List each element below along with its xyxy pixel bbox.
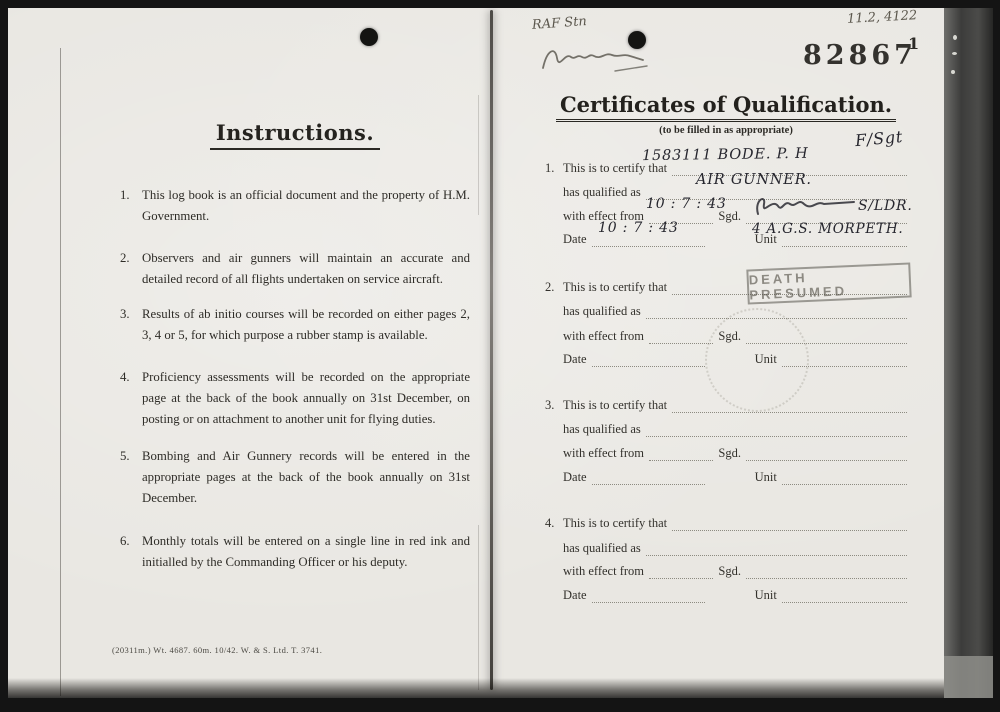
item-text: Proficiency assessments will be recorded… [142, 367, 470, 430]
cert-number: 1. [545, 161, 563, 176]
instruction-item-4: 4. Proficiency assessments will be recor… [120, 367, 470, 430]
item-text: Bombing and Air Gunnery records will be … [142, 446, 470, 509]
photo-frame-right [993, 0, 1000, 712]
punch-hole-icon [360, 28, 378, 46]
item-number: 3. [120, 304, 142, 346]
instructions-title-text: Instructions. [210, 120, 380, 150]
fill-line [782, 467, 907, 485]
cert1-effect-date-entry: 10 : 7 : 43 [646, 196, 727, 212]
cert-number: 4. [545, 516, 563, 531]
qualified-label: has qualified as [563, 185, 646, 200]
cert1-date-entry: 10 : 7 : 43 [598, 220, 679, 236]
effect-label: with effect from [563, 446, 649, 461]
date-label: Date [563, 588, 592, 603]
item-text: Monthly totals will be entered on a sing… [142, 531, 470, 573]
photo-frame-left [0, 0, 8, 712]
item-number: 1. [120, 185, 142, 227]
fill-line [592, 467, 705, 485]
cert-number: 2. [545, 280, 563, 295]
serial-number-stamp: 82867 [803, 40, 917, 71]
photo-frame-bottom [0, 698, 1000, 712]
instruction-item-5: 5. Bombing and Air Gunnery records will … [120, 446, 470, 509]
cert1-sgd-rank-entry: S/LDR. [858, 198, 913, 214]
page-fold-crease [60, 48, 61, 696]
pencil-reference-number: 11.2, 4122 [847, 8, 918, 27]
certificates-title-text: Certificates of Qualification. [556, 92, 896, 122]
cert4-certify-row: 4. This is to certify that [545, 514, 907, 531]
certificates-subtitle: (to be filled in as appropriate) [545, 125, 907, 136]
certify-label: This is to certify that [563, 398, 672, 413]
photo-frame-top [0, 0, 1000, 8]
cert4-effect-row: with effect from Sgd. [563, 562, 907, 579]
page-number: 1 [908, 34, 919, 53]
book-binding [490, 10, 493, 690]
unit-label: Unit [755, 470, 782, 485]
cert1-name-entry: 1583111 BODE. P. H [642, 146, 809, 164]
date-label: Date [563, 232, 592, 247]
cert1-unit-entry: 4 A.G.S. MORPETH. [752, 221, 904, 237]
item-number: 6. [120, 531, 142, 573]
instruction-item-2: 2. Observers and air gunners will mainta… [120, 248, 470, 290]
item-number: 2. [120, 248, 142, 290]
cert4-qualified-row: has qualified as [563, 539, 907, 556]
instruction-item-3: 3. Results of ab initio courses will be … [120, 304, 470, 346]
rank-annotation: F/Sgt [854, 127, 904, 150]
qualified-label: has qualified as [563, 541, 646, 556]
item-text: Results of ab initio courses will be rec… [142, 304, 470, 346]
item-number: 4. [120, 367, 142, 430]
sgd-label: Sgd. [713, 446, 746, 461]
cert-number: 3. [545, 398, 563, 413]
fill-line [782, 585, 907, 603]
fill-line [646, 419, 907, 437]
unit-label: Unit [755, 588, 782, 603]
pencil-signature [535, 38, 655, 80]
cert4-date-row: Date Unit [563, 586, 907, 603]
cert3-certify-row: 3. This is to certify that [545, 396, 907, 413]
certify-label: This is to certify that [563, 516, 672, 531]
item-number: 5. [120, 446, 142, 509]
certificates-title: Certificates of Qualification. [545, 92, 907, 122]
book-edge-corner [944, 656, 993, 698]
cert3-qualified-row: has qualified as [563, 420, 907, 437]
qualified-label: has qualified as [563, 422, 646, 437]
printers-imprint: (20311m.) Wt. 4687. 60m. 10/42. W. & S. … [112, 645, 322, 655]
book-page-edges [944, 0, 993, 698]
instructions-title: Instructions. [120, 120, 470, 150]
binding-crease [478, 525, 479, 690]
certificates-page: RAF Stn 11.2, 4122 82867 1 Certificates … [500, 8, 944, 698]
cert3-date-row: Date Unit [563, 468, 907, 485]
cert1-qualification-entry: AIR GUNNER. [696, 172, 812, 188]
fill-line [649, 561, 713, 579]
pencil-station-note: RAF Stn [532, 14, 588, 33]
instruction-item-6: 6. Monthly totals will be entered on a s… [120, 531, 470, 573]
cert1-signature [750, 192, 860, 222]
fill-line [592, 349, 705, 367]
instructions-page: Instructions. 1. This log book is an off… [8, 8, 500, 698]
fill-line [746, 443, 907, 461]
log-book-spread: Instructions. 1. This log book is an off… [8, 8, 944, 698]
item-text: This log book is an official document an… [142, 185, 470, 227]
cert3-effect-row: with effect from Sgd. [563, 444, 907, 461]
fill-line [649, 326, 713, 344]
fill-line [672, 395, 907, 413]
fill-line [746, 561, 907, 579]
certify-label: This is to certify that [563, 280, 672, 295]
fill-line [672, 513, 907, 531]
page-bottom-shadow [8, 678, 944, 698]
sgd-label: Sgd. [713, 564, 746, 579]
death-presumed-stamp: DEATH PRESUMED [746, 262, 911, 304]
effect-label: with effect from [563, 564, 649, 579]
fill-line [646, 538, 907, 556]
date-label: Date [563, 470, 592, 485]
effect-label: with effect from [563, 329, 649, 344]
fill-line [592, 585, 705, 603]
item-text: Observers and air gunners will maintain … [142, 248, 470, 290]
binding-crease [478, 95, 479, 215]
instruction-item-1: 1. This log book is an official document… [120, 185, 470, 227]
fill-line [649, 443, 713, 461]
date-label: Date [563, 352, 592, 367]
qualified-label: has qualified as [563, 304, 646, 319]
